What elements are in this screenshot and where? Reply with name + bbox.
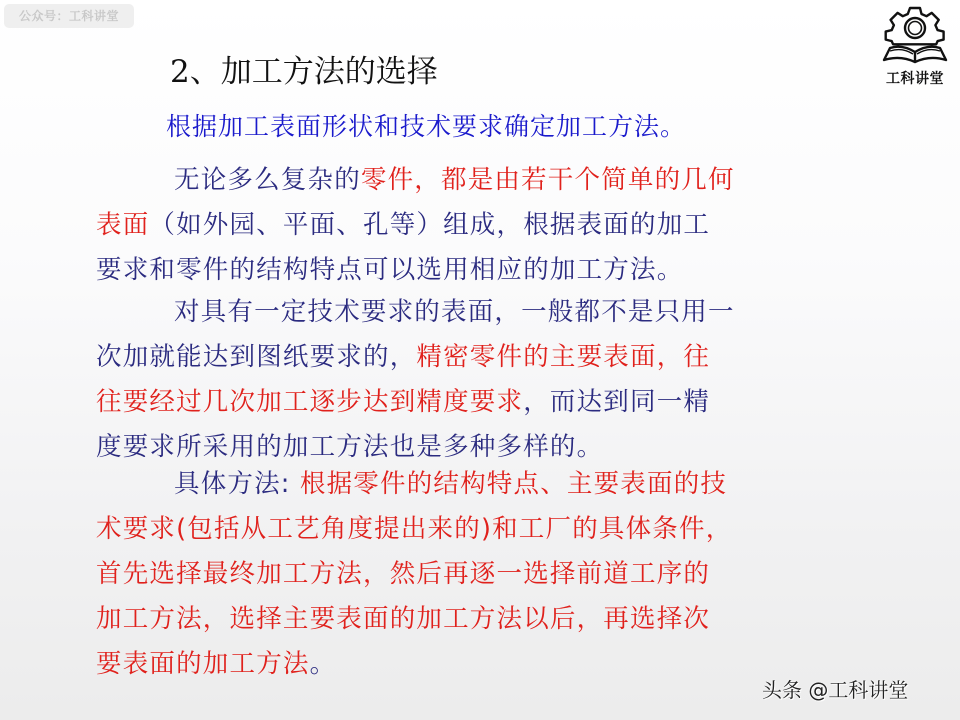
text-run: 对具有一定技术要求的表面，一般都不是只用一 [174, 297, 735, 327]
paragraph-line: 要表面的加工方法。 [96, 642, 866, 687]
text-run: 度要求所采用的加工方法也是多种多样的。 [96, 432, 603, 462]
watermark-bottom: 头条 @工科讲堂 [762, 674, 908, 703]
highlight-run: 精密零件的主要表面，往 [416, 342, 710, 372]
slide-subtitle: 根据加工表面形状和技术要求确定加工方法。 [166, 108, 686, 146]
paragraph-multi-step: 对具有一定技术要求的表面，一般都不是只用一 次加就能达到图纸要求的，精密零件的主… [96, 290, 866, 470]
highlight-run: 表面 [96, 210, 149, 240]
highlight-run: 要表面的加工方法 [96, 649, 310, 679]
slide-title: 2、加工方法的选择 [170, 52, 438, 92]
logo: 工科讲堂 [874, 4, 956, 90]
highlight-run: 首先选择最终加工方法，然后再逐一选择前道工序的 [96, 559, 710, 589]
logo-label: 工科讲堂 [874, 68, 956, 88]
text-run: （如外园、平面、孔等）组成，根据表面的加工 [149, 210, 710, 240]
paragraph-line: 具体方法: 根据零件的结构特点、主要表面的技 [96, 462, 866, 507]
paragraph-line: 加工方法，选择主要表面的加工方法以后，再选择次 [96, 597, 866, 642]
paragraph-line: 首先选择最终加工方法，然后再逐一选择前道工序的 [96, 552, 866, 597]
paragraph-line: 术要求(包括从工艺角度提出来的)和工厂的具体条件， [96, 507, 866, 552]
paragraph-specific-method: 具体方法: 根据零件的结构特点、主要表面的技 术要求(包括从工艺角度提出来的)和… [96, 462, 866, 687]
paragraph-composition: 无论多么复杂的零件，都是由若干个简单的几何 表面（如外园、平面、孔等）组成，根据… [96, 158, 866, 293]
gear-book-icon [880, 4, 950, 68]
text-run: ，而达到同一精 [523, 387, 710, 417]
paragraph-line: 无论多么复杂的零件，都是由若干个简单的几何 [96, 158, 866, 203]
text-run: 要求和零件的结构特点可以选用相应的加工方法。 [96, 255, 683, 285]
text-run: 具体方法: [174, 469, 300, 499]
highlight-run: 往要经过几次加工逐步达到精度要求 [96, 387, 523, 417]
highlight-run: 根据零件的结构特点、主要表面的技 [300, 469, 727, 499]
text-run: 次加就能达到图纸要求的， [96, 342, 416, 372]
highlight-run: 术要求(包括从工艺角度提出来的)和工厂的具体条件， [96, 514, 732, 544]
text-run: 无论多么复杂的 [174, 165, 361, 195]
paragraph-line: 往要经过几次加工逐步达到精度要求，而达到同一精 [96, 380, 866, 425]
highlight-run: 零件，都是由若干个简单的几何 [361, 165, 735, 195]
text-run: 。 [310, 649, 337, 679]
paragraph-line: 对具有一定技术要求的表面，一般都不是只用一 [96, 290, 866, 335]
highlight-run: 加工方法，选择主要表面的加工方法以后，再选择次 [96, 604, 710, 634]
paragraph-line: 表面（如外园、平面、孔等）组成，根据表面的加工 [96, 203, 866, 248]
watermark-top: 公众号：工科讲堂 [4, 4, 134, 28]
paragraph-line: 要求和零件的结构特点可以选用相应的加工方法。 [96, 248, 866, 293]
paragraph-line: 次加就能达到图纸要求的，精密零件的主要表面，往 [96, 335, 866, 380]
